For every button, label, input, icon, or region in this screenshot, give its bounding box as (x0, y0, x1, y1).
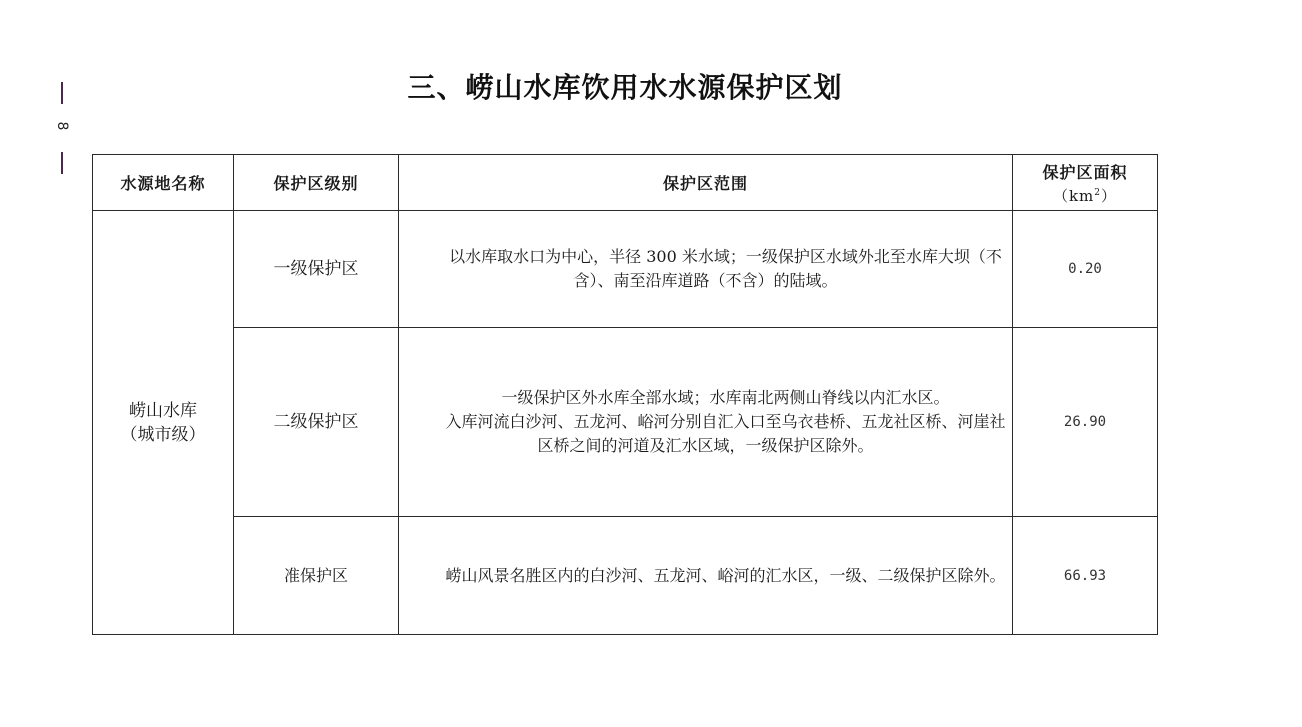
header-range: 保护区范围 (399, 155, 1013, 211)
table-header-row: 水源地名称 保护区级别 保护区范围 保护区面积 （km2） (93, 155, 1158, 211)
area-cell: 26.90 (1013, 328, 1158, 517)
source-grade: （城市级） (93, 423, 233, 447)
header-area-label: 保护区面积 (1042, 163, 1127, 182)
level-cell: 准保护区 (234, 517, 399, 635)
range-paragraph: 一级保护区外水库全部水域；水库南北两侧山脊线以内汇水区。 (399, 386, 1012, 410)
range-cell: 一级保护区外水库全部水域；水库南北两侧山脊线以内汇水区。 入库河流白沙河、五龙河… (399, 328, 1013, 517)
header-area: 保护区面积 （km2） (1013, 155, 1158, 211)
area-cell: 0.20 (1013, 211, 1158, 328)
source-name: 崂山水库 (93, 399, 233, 423)
table-row: 二级保护区 一级保护区外水库全部水域；水库南北两侧山脊线以内汇水区。 入库河流白… (93, 328, 1158, 517)
document-title: 三、崂山水库饮用水水源保护区划 (0, 66, 1250, 106)
page-number: 8 (52, 116, 72, 136)
protection-zone-table: 水源地名称 保护区级别 保护区范围 保护区面积 （km2） 崂山水库 （城市级）… (92, 154, 1158, 635)
area-cell: 66.93 (1013, 517, 1158, 635)
header-source-name: 水源地名称 (93, 155, 234, 211)
range-paragraph: 入库河流白沙河、五龙河、峪河分别自汇入口至乌衣巷桥、五龙社区桥、河崖社区桥之间的… (399, 410, 1012, 458)
range-cell: 崂山风景名胜区内的白沙河、五龙河、峪河的汇水区，一级、二级保护区除外。 (399, 517, 1013, 635)
range-cell: 以水库取水口为中心，半径 300 米水域；一级保护区水域外北至水库大坝（不含）、… (399, 211, 1013, 328)
level-cell: 一级保护区 (234, 211, 399, 328)
page-marker-dash-bottom (61, 152, 63, 174)
range-paragraph: 崂山风景名胜区内的白沙河、五龙河、峪河的汇水区，一级、二级保护区除外。 (399, 564, 1012, 588)
table-row: 崂山水库 （城市级） 一级保护区 以水库取水口为中心，半径 300 米水域；一级… (93, 211, 1158, 328)
table-row: 准保护区 崂山风景名胜区内的白沙河、五龙河、峪河的汇水区，一级、二级保护区除外。… (93, 517, 1158, 635)
level-cell: 二级保护区 (234, 328, 399, 517)
range-paragraph: 以水库取水口为中心，半径 300 米水域；一级保护区水域外北至水库大坝（不含）、… (399, 245, 1012, 293)
header-area-unit: （km2） (1013, 185, 1157, 206)
source-name-cell: 崂山水库 （城市级） (93, 211, 234, 635)
header-level: 保护区级别 (234, 155, 399, 211)
